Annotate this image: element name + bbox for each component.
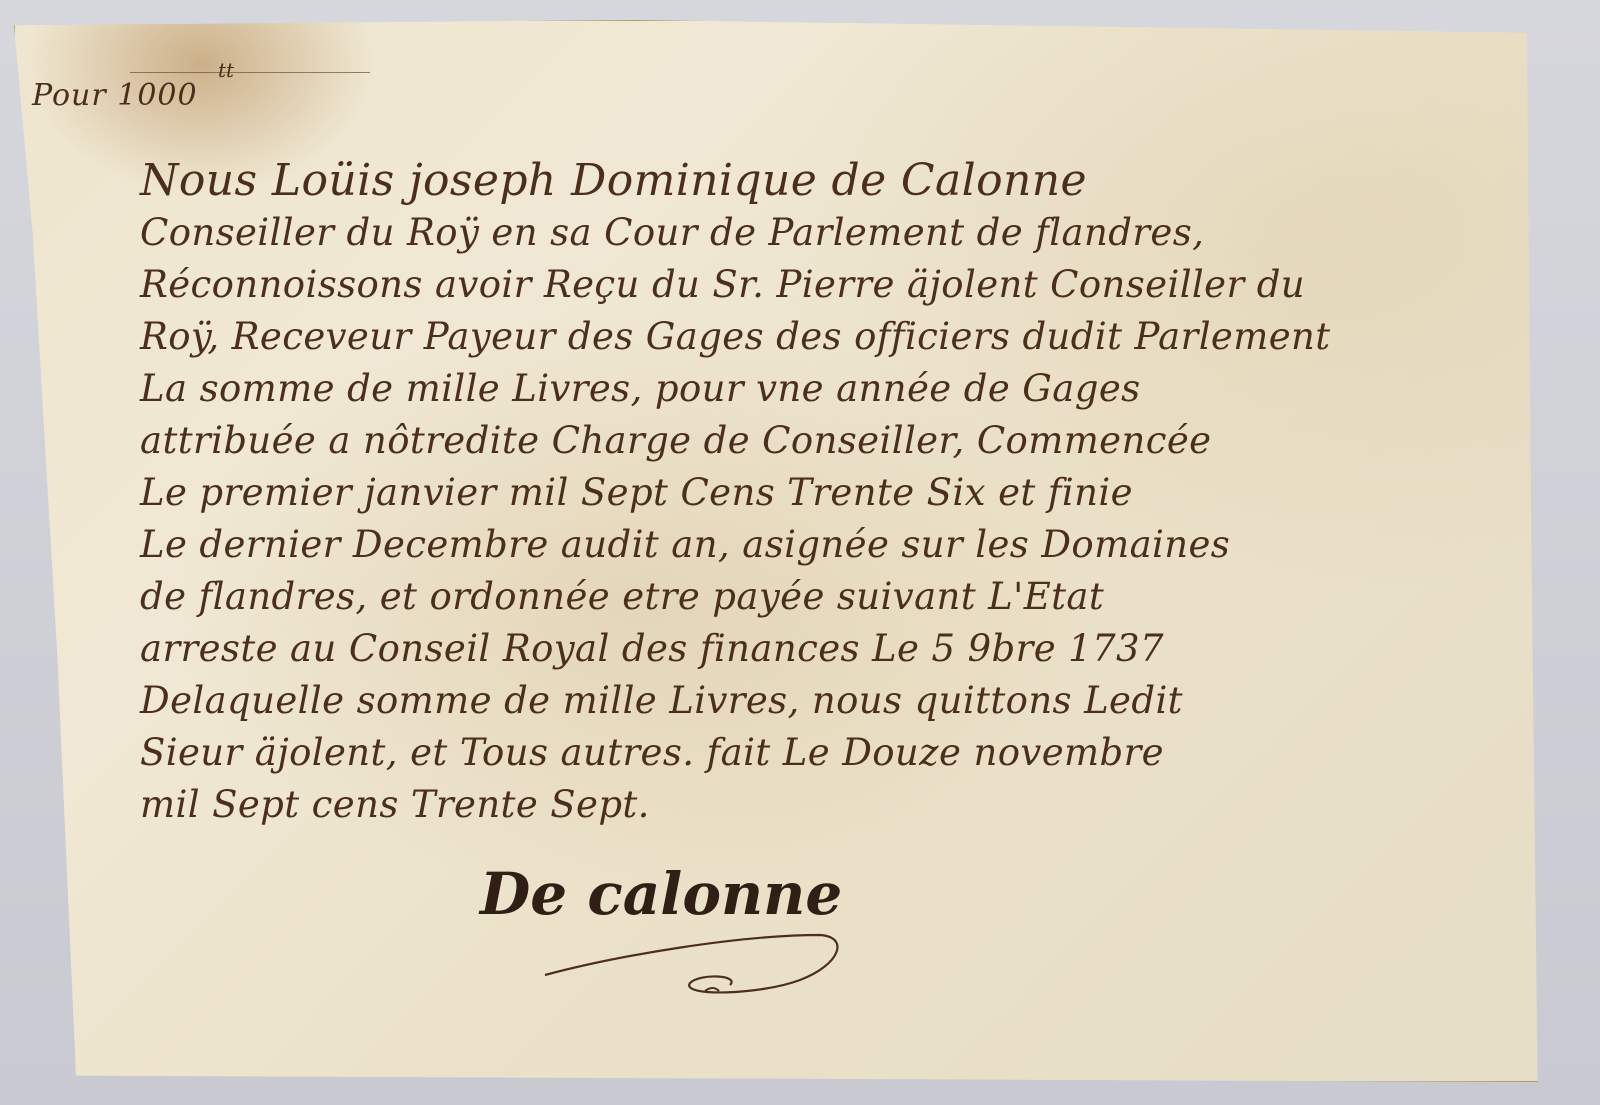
text-line: Le dernier Decembre audit an, asignée su… <box>140 519 1540 571</box>
amount-superscript: tt <box>218 58 234 82</box>
text-line: de flandres, et ordonnée etre payée suiv… <box>140 571 1540 623</box>
text-line: mil Sept cens Trente Sept. <box>140 779 1540 831</box>
signature-flourish-icon <box>540 925 860 1005</box>
text-line: Nous Loüis joseph Dominique de Calonne <box>140 155 1540 207</box>
amount-rule <box>130 72 370 73</box>
text-line: Sieur äjolent, et Tous autres. fait Le D… <box>140 727 1540 779</box>
text-line: attribuée a nôtredite Charge de Conseill… <box>140 415 1540 467</box>
text-line: Roÿ, Receveur Payeur des Gages des offic… <box>140 311 1540 363</box>
signature: De calonne <box>480 860 842 928</box>
text-line: La somme de mille Livres, pour vne année… <box>140 363 1540 415</box>
text-line: Delaquelle somme de mille Livres, nous q… <box>140 675 1540 727</box>
receipt-body: Nous Loüis joseph Dominique de Calonne C… <box>140 155 1540 831</box>
text-line: Le premier janvier mil Sept Cens Trente … <box>140 467 1540 519</box>
text-line: Conseiller du Roÿ en sa Cour de Parlemen… <box>140 207 1540 259</box>
text-line: Réconnoissons avoir Reçu du Sr. Pierre ä… <box>140 259 1540 311</box>
amount-label: Pour 1000 <box>32 78 198 113</box>
text-line: arreste au Conseil Royal des finances Le… <box>140 623 1540 675</box>
